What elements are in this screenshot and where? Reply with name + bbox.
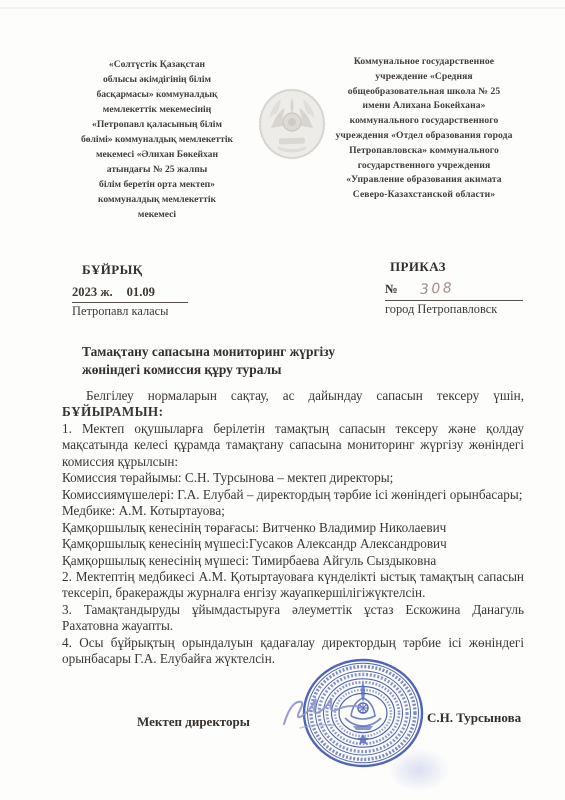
- document-title: Тамақтану сапасына мониторинг жүргізу жө…: [82, 343, 512, 379]
- org-right-line: общеобразовательная школа № 25: [320, 85, 528, 100]
- org-right-line: Петропавловска» коммунального: [320, 144, 528, 159]
- org-left-line: мекемесі «Әлихан Бөкейхан: [70, 147, 244, 162]
- order-label-russian: ПРИКАЗ: [390, 259, 446, 275]
- order-item: Қамқоршылық кенесінің мүшесі: Тимирбаева…: [62, 553, 524, 569]
- document-title-line: Тамақтану сапасына мониторинг жүргізу: [82, 343, 512, 361]
- document-title-line: жөніндегі комиссия құру туралы: [82, 361, 512, 379]
- order-item: Қамқоршылық кенесінің төрағасы: Витченко…: [62, 520, 524, 536]
- order-item: 3. Тамақтандыруды ұйымдастыруға әлеуметт…: [62, 602, 524, 635]
- order-number-handwritten: 308: [419, 280, 454, 298]
- org-right-line: учреждение «Средняя: [320, 70, 528, 85]
- intro-paragraph: Белгілеу нормаларын сақтау, ас дайындау …: [62, 388, 524, 404]
- org-left-line: «Петропавл қаласының білім: [70, 117, 244, 132]
- order-item: Медбике: А.М. Котыртауова;: [62, 503, 524, 519]
- order-date-year: 2023 ж.: [72, 285, 113, 299]
- org-left-line: білім беретін орта мектеп»: [70, 177, 244, 192]
- org-right-line: государственного учреждения: [320, 159, 528, 174]
- order-item: 2. Мектептің медбикесі А.М. Қотыртауовағ…: [62, 569, 524, 602]
- order-number: №308: [385, 281, 523, 301]
- org-right-line: коммунального государственного: [320, 114, 528, 129]
- order-item: 1. Мектеп оқушыларға берілетін тамақтың …: [62, 421, 524, 470]
- org-left-line: атындағы № 25 жалпы: [70, 162, 244, 177]
- kazakhstan-coat-of-arms-icon: [257, 88, 327, 164]
- resolve-word: БҰЙЫРАМЫН:: [62, 404, 524, 420]
- order-city-russian: город Петропавловск: [385, 302, 497, 317]
- org-left-line: «Солтүстік Қазақстан: [70, 57, 244, 72]
- org-right-line: Северо-Казахстанской области»: [320, 188, 528, 203]
- order-date: 2023 ж.01.09: [72, 285, 188, 303]
- scanned-order-document: «Солтүстік Қазақстан облысы әкімдігінің …: [0, 0, 565, 800]
- org-right-line: имени Алихана Бокейхана»: [320, 99, 528, 114]
- signer-role: Мектеп директоры: [137, 714, 250, 730]
- org-left-line: коммуналдық мемлекеттік: [70, 192, 244, 207]
- org-left-line: басқармасы» коммуналдық: [70, 87, 244, 102]
- number-sign: №: [385, 282, 398, 296]
- order-item: Комиссиямүшелері: Г.А. Елубай – директор…: [62, 487, 524, 503]
- org-left-line: мемлекеттік мекемесінің: [70, 102, 244, 117]
- scan-artifact: [0, 7, 565, 9]
- order-city-kazakh: Петропавл каласы: [72, 304, 168, 319]
- org-left-line: бөлімі» коммуналдық мемлекеттік: [70, 132, 244, 147]
- handwritten-signature-icon: [280, 694, 366, 738]
- order-item: Комиссия төрайымы: С.Н. Турсынова – мект…: [62, 470, 524, 486]
- order-item: Қамқоршылық кенесінің мүшесі:Гусаков Але…: [62, 536, 524, 552]
- org-right-line: учреждения «Отдел образования города: [320, 129, 528, 144]
- org-left-line: мекемесі: [70, 207, 244, 222]
- order-date-day: 01.09: [127, 285, 155, 299]
- signer-name: С.Н. Турсынова: [427, 710, 521, 726]
- org-right-line: «Управление образования акимата: [320, 173, 528, 188]
- org-name-kazakh: «Солтүстік Қазақстан облысы әкімдігінің …: [70, 57, 244, 222]
- org-name-russian: Коммунальное государственное учреждение …: [320, 55, 528, 203]
- order-label-kazakh: БҰЙРЫҚ: [82, 262, 143, 278]
- org-left-line: облысы әкімдігінің білім: [70, 72, 244, 87]
- org-right-line: Коммунальное государственное: [320, 55, 528, 70]
- order-item: 4. Осы бұйрықтың орындалуын қадағалау ди…: [62, 635, 524, 668]
- order-body: Белгілеу нормаларын сақтау, ас дайындау …: [62, 388, 524, 668]
